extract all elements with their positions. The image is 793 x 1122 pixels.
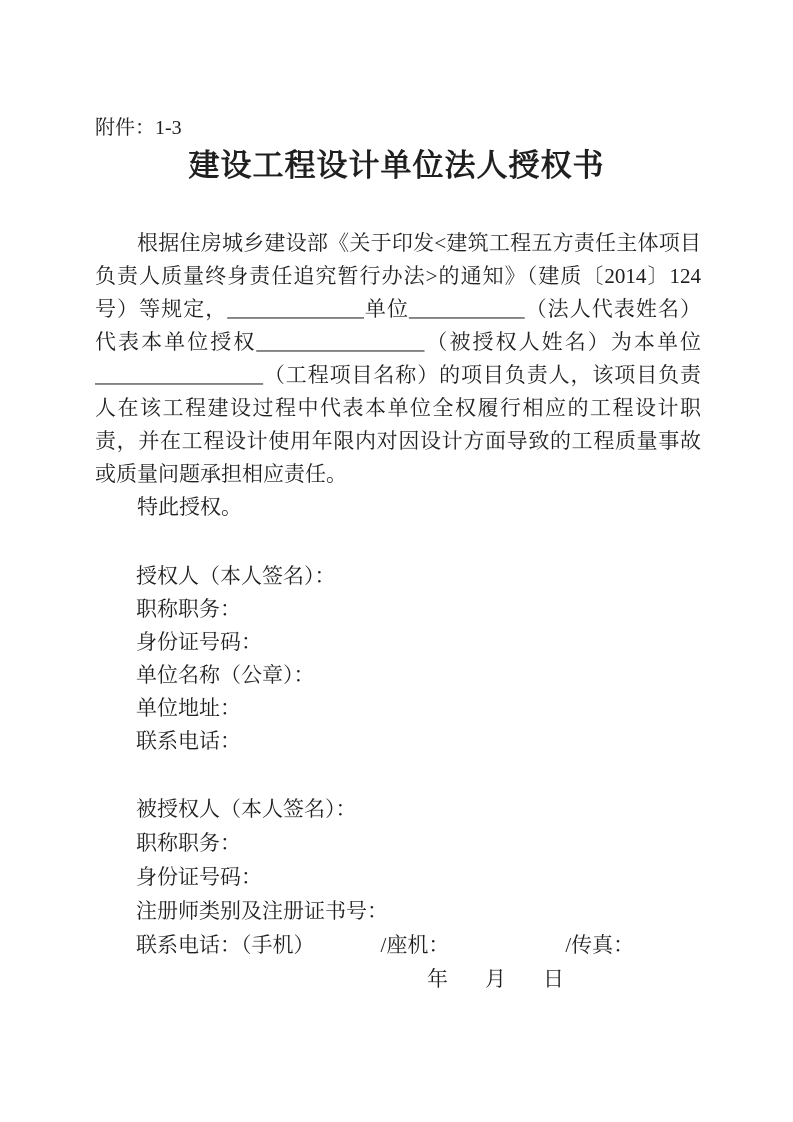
paragraph-line-with-blank: ________________（工程项目名称）的项目负责人，该项目负责: [95, 359, 701, 392]
registration-certificate-label: 注册师类别及注册证书号：: [95, 894, 701, 928]
date-year-label: 年: [427, 967, 448, 991]
paragraph-line: 负责人质量终身责任追究暂行办法>的通知》（建质〔2014〕124: [95, 260, 701, 293]
authorizer-position-label: 职称职务：: [95, 593, 701, 626]
landline-label: /座机：: [381, 933, 450, 957]
authorizer-id-number-label: 身份证号码：: [95, 626, 701, 659]
unit-phone-label: 联系电话：: [95, 725, 701, 758]
attachment-label: 附件：1-3: [95, 114, 182, 142]
date-month-label: 月: [485, 967, 506, 991]
contact-line: 联系电话：（手机）/座机：/传真：: [95, 928, 701, 962]
document-page: 附件：1-3 建设工程设计单位法人授权书 根据住房城乡建设部《关于印发<建筑工程…: [0, 0, 793, 1122]
body-paragraph: 根据住房城乡建设部《关于印发<建筑工程五方责任主体项目 负责人质量终身责任追究暂…: [95, 227, 701, 524]
date-line: 年月日: [95, 962, 701, 996]
paragraph-line: 根据住房城乡建设部《关于印发<建筑工程五方责任主体项目: [95, 227, 701, 260]
unit-name-seal-label: 单位名称（公章）：: [95, 659, 701, 692]
date-day-label: 日: [543, 967, 564, 991]
unit-address-label: 单位地址：: [95, 692, 701, 725]
paragraph-line-with-blank: 号）等规定，_____________单位___________（法人代表姓名）: [95, 293, 701, 326]
paragraph-line-with-blank: 代表本单位授权________________（被授权人姓名）为本单位: [95, 326, 701, 359]
authorized-signature-label: 被授权人（本人签名）：: [95, 792, 701, 826]
mobile-phone-label: 联系电话：（手机）: [136, 933, 315, 957]
paragraph-line: 或质量问题承担相应责任。: [95, 458, 701, 491]
paragraph-line: 人在该工程建设过程中代表本单位全权履行相应的工程设计职: [95, 392, 701, 425]
document-title: 建设工程设计单位法人授权书: [0, 146, 793, 186]
fax-label: /传真：: [565, 933, 634, 957]
paragraph-line: 责，并在工程设计使用年限内对因设计方面导致的工程质量事故: [95, 425, 701, 458]
authorizer-signature-label: 授权人（本人签名）：: [95, 560, 701, 593]
authorized-position-label: 职称职务：: [95, 826, 701, 860]
authorized-id-number-label: 身份证号码：: [95, 860, 701, 894]
paragraph-line-closing: 特此授权。: [95, 491, 701, 524]
authorized-section: 被授权人（本人签名）： 职称职务： 身份证号码： 注册师类别及注册证书号： 联系…: [95, 792, 701, 996]
authorizer-section: 授权人（本人签名）： 职称职务： 身份证号码： 单位名称（公章）： 单位地址： …: [95, 560, 701, 758]
